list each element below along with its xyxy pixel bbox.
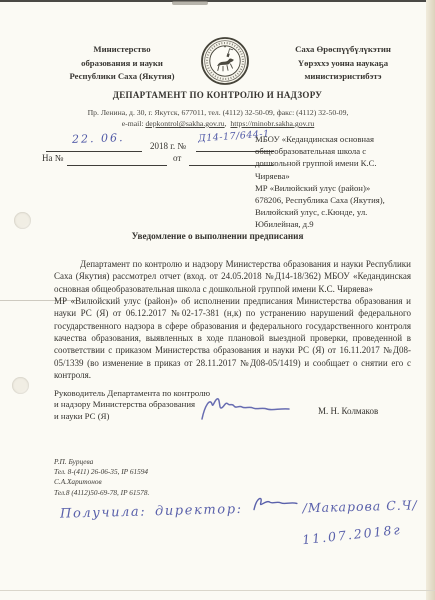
department-address: Пр. Ленина, д. 30, г. Якутск, 677011, те… [18, 108, 418, 117]
addressee-line: дошкольной группой имени К.С. [255, 157, 430, 169]
department-title: ДЕПАРТАМЕНТ ПО КОНТРОЛЮ И НАДЗОРУ [30, 90, 405, 100]
year-number-label: 2018 г. № [150, 141, 186, 151]
ministry-name-line: Саха Өрөспүүбүлүкэтин [262, 43, 424, 57]
executor-line: С.А.Харитонов [54, 477, 149, 487]
scanned-letter-page: Министерство образования и науки Республ… [0, 0, 435, 600]
punch-hole [12, 377, 29, 394]
reply-number-blank-line [67, 165, 167, 166]
receipt-received-text: Получила: директор: [60, 501, 243, 521]
website-url: https://minobr.sakha.gov.ru [230, 119, 314, 128]
document-title: Уведомление о выполнении предписания [40, 231, 395, 241]
scan-edge-top [0, 0, 435, 2]
executor-line: Тел. 8-(411) 26-06-35, IP 61594 [54, 467, 149, 477]
executor-line: Р.П. Бурцева [54, 457, 149, 467]
addressee-line: МБОУ «Кедандинская основная [255, 133, 430, 145]
signatory-name: М. Н. Колмаков [318, 406, 378, 416]
ministry-name-line: Республики Саха (Якутия) [50, 70, 194, 84]
reply-from-date-label: от [173, 153, 181, 163]
receipt-director-name: /Макарова С.Ч/ [302, 497, 417, 515]
ministry-name-line: Министерство [50, 43, 194, 57]
punch-hole [14, 212, 31, 229]
ministry-name-yakut: Саха Өрөспүүбүлүкэтин Үөрэххэ уонна наук… [262, 43, 424, 84]
ministry-name-russian: Министерство образования и науки Республ… [50, 43, 194, 84]
addressee-line: МР «Вилюйский улус (район)» [255, 182, 430, 194]
outgoing-date-handwritten: 22. 06. [72, 131, 125, 146]
director-signature-icon [248, 492, 301, 517]
ministry-name-line: министиэристибэтэ [262, 70, 424, 84]
addressee-line: Юбилейная, д.9 [255, 218, 430, 230]
reply-to-number-label: На № [42, 153, 63, 163]
email-label: e-mail: [122, 119, 146, 128]
body-paragraph-1: Департамент по контролю и надзору Минист… [54, 258, 411, 295]
scan-edge-right [426, 0, 435, 600]
body-paragraph-2: МР «Вилюйский улус (район)» об исполнени… [54, 295, 411, 381]
date-blank-line [46, 151, 142, 152]
sakha-republic-seal-icon [200, 36, 250, 86]
receipt-date-handwritten: 11.07.2018г [301, 522, 402, 547]
department-contacts-line: e-mail: depkontrol@sakha.gov.ru, https:/… [18, 119, 418, 128]
addressee-line: 678206, Республика Саха (Якутия), [255, 194, 430, 206]
addressee-line: Вилюйский улус, с.Кюнде, ул. [255, 206, 430, 218]
addressee-line: общеобразовательная школа с [255, 145, 430, 157]
addressee-line: Чиряева» [255, 170, 430, 182]
scan-smudge [172, 1, 208, 5]
document-body: Департамент по контролю и надзору Минист… [54, 258, 411, 381]
ministry-name-line: Үөрэххэ уонна наукаҕа [262, 57, 424, 71]
email-address: depkontrol@sakha.gov.ru [145, 119, 224, 128]
executor-contacts: Р.П. Бурцева Тел. 8-(411) 26-06-35, IP 6… [54, 457, 149, 498]
signature-scribble-icon [196, 393, 296, 427]
separator: , [225, 119, 227, 128]
ministry-name-line: образования и науки [50, 57, 194, 71]
scan-edge-bottom [0, 590, 435, 591]
addressee-block: МБОУ «Кедандинская основная общеобразова… [255, 133, 430, 231]
